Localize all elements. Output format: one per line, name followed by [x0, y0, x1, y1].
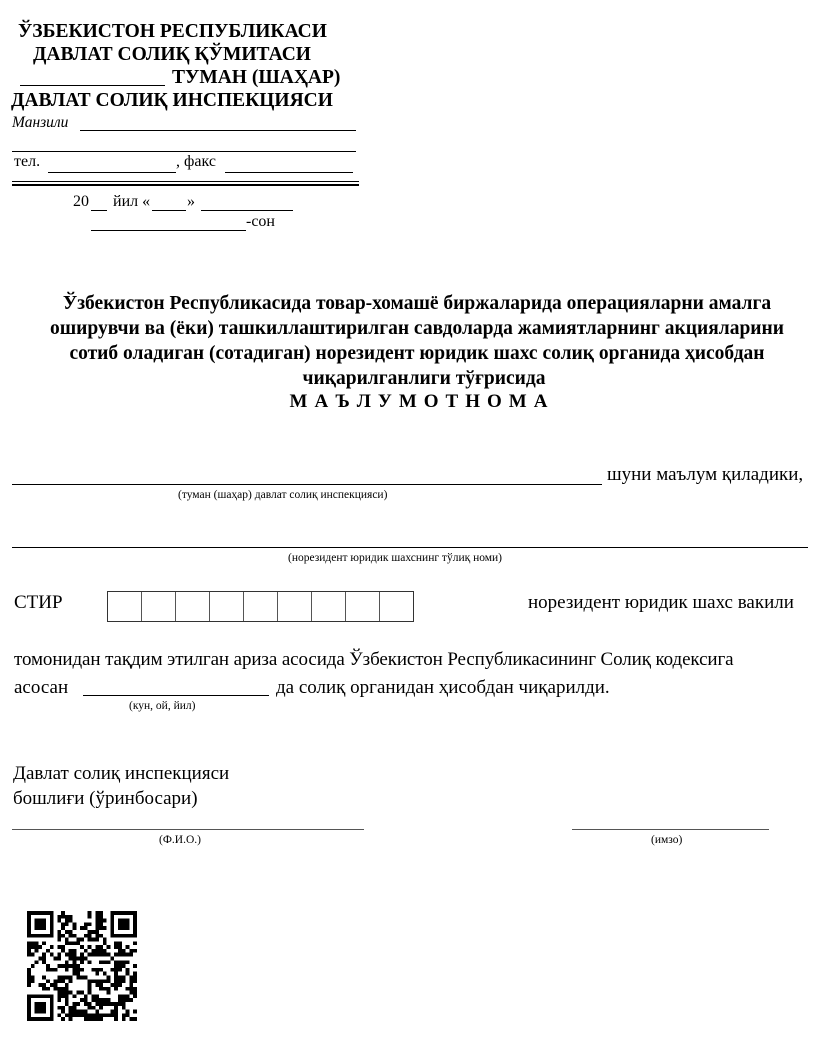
stir-label: СТИР	[14, 592, 63, 614]
header-country: ЎЗБЕКИСТОН РЕСПУБЛИКАСИ	[18, 20, 327, 43]
stir-input-grid[interactable]	[107, 591, 414, 622]
title-line-4: чиқарилганлиги тўғрисида	[0, 366, 834, 391]
district-blank[interactable]	[20, 85, 165, 86]
stir-digit-cell[interactable]	[244, 592, 278, 621]
stir-digit-cell[interactable]	[142, 592, 176, 621]
header-committee: ДАВЛАТ СОЛИҚ ҚЎМИТАСИ	[33, 43, 311, 66]
document-type-heading: МАЪЛУМОТНОМА	[0, 391, 834, 413]
stir-digit-cell[interactable]	[346, 592, 380, 621]
phone-label: тел.	[14, 153, 40, 171]
paragraph-line-2-suffix: да солиқ органидан ҳисобдан чиқарилди.	[276, 677, 610, 699]
stir-digit-cell[interactable]	[312, 592, 346, 621]
title-line-2: оширувчи ва (ёки) ташкиллаштирилган савд…	[0, 316, 834, 341]
qr-code-icon	[27, 911, 137, 1021]
title-line-3: сотиб оладиган (сотадиган) норезидент юр…	[0, 341, 834, 366]
header-inspection: ДАВЛАТ СОЛИҚ ИНСПЕКЦИЯСИ	[11, 89, 333, 112]
signer-name-caption: (Ф.И.О.)	[159, 834, 201, 846]
header-double-rule-thin	[12, 181, 359, 182]
stir-digit-cell[interactable]	[380, 592, 413, 621]
stir-digit-cell[interactable]	[176, 592, 210, 621]
inspection-caption: (туман (шаҳар) давлат солиқ инспекцияси)	[178, 489, 387, 501]
signature-caption: (имзо)	[651, 834, 682, 846]
date-year-field[interactable]	[91, 210, 107, 211]
paragraph-line-1: томонидан тақдим этилган ариза асосида Ў…	[14, 649, 734, 671]
address-field-1[interactable]	[80, 130, 356, 131]
phone-field[interactable]	[48, 172, 176, 173]
date-day-field[interactable]	[152, 210, 186, 211]
fax-field[interactable]	[225, 172, 353, 173]
date-year-prefix: 20	[73, 193, 89, 211]
signer-role-line-1: Давлат солиқ инспекцияси	[13, 763, 229, 785]
date-year-word: йил «	[113, 193, 150, 211]
document-number-field[interactable]	[91, 230, 246, 231]
signature-field[interactable]	[572, 829, 769, 830]
paragraph-line-2-prefix: асосан	[14, 677, 68, 699]
inspection-statement: шуни маълум қиладики,	[607, 464, 803, 486]
stir-digit-cell[interactable]	[210, 592, 244, 621]
stir-digit-cell[interactable]	[108, 592, 142, 621]
inspection-name-field[interactable]	[12, 484, 602, 485]
header-district-suffix: ТУМАН (ШАҲАР)	[172, 66, 340, 89]
date-month-field[interactable]	[201, 210, 293, 211]
title-line-1: Ўзбекистон Республикасида товар-хомашё б…	[0, 291, 834, 316]
address-field-2[interactable]	[12, 151, 356, 152]
company-name-caption: (норезидент юридик шахснинг тўлиқ номи)	[288, 552, 502, 564]
signer-role-line-2: бошлиғи (ўринбосари)	[13, 788, 198, 810]
address-label: Манзили	[12, 114, 68, 132]
header-double-rule-thick	[12, 184, 359, 186]
company-name-field[interactable]	[12, 547, 808, 548]
document-number-suffix: -сон	[246, 213, 275, 231]
signer-name-field[interactable]	[12, 829, 364, 830]
deregistration-date-field[interactable]	[83, 695, 269, 696]
date-caption: (кун, ой, йил)	[129, 700, 195, 712]
fax-label: , факс	[176, 153, 216, 171]
date-close-quote: »	[187, 193, 195, 211]
stir-suffix: норезидент юридик шахс вакили	[528, 592, 794, 614]
stir-digit-cell[interactable]	[278, 592, 312, 621]
